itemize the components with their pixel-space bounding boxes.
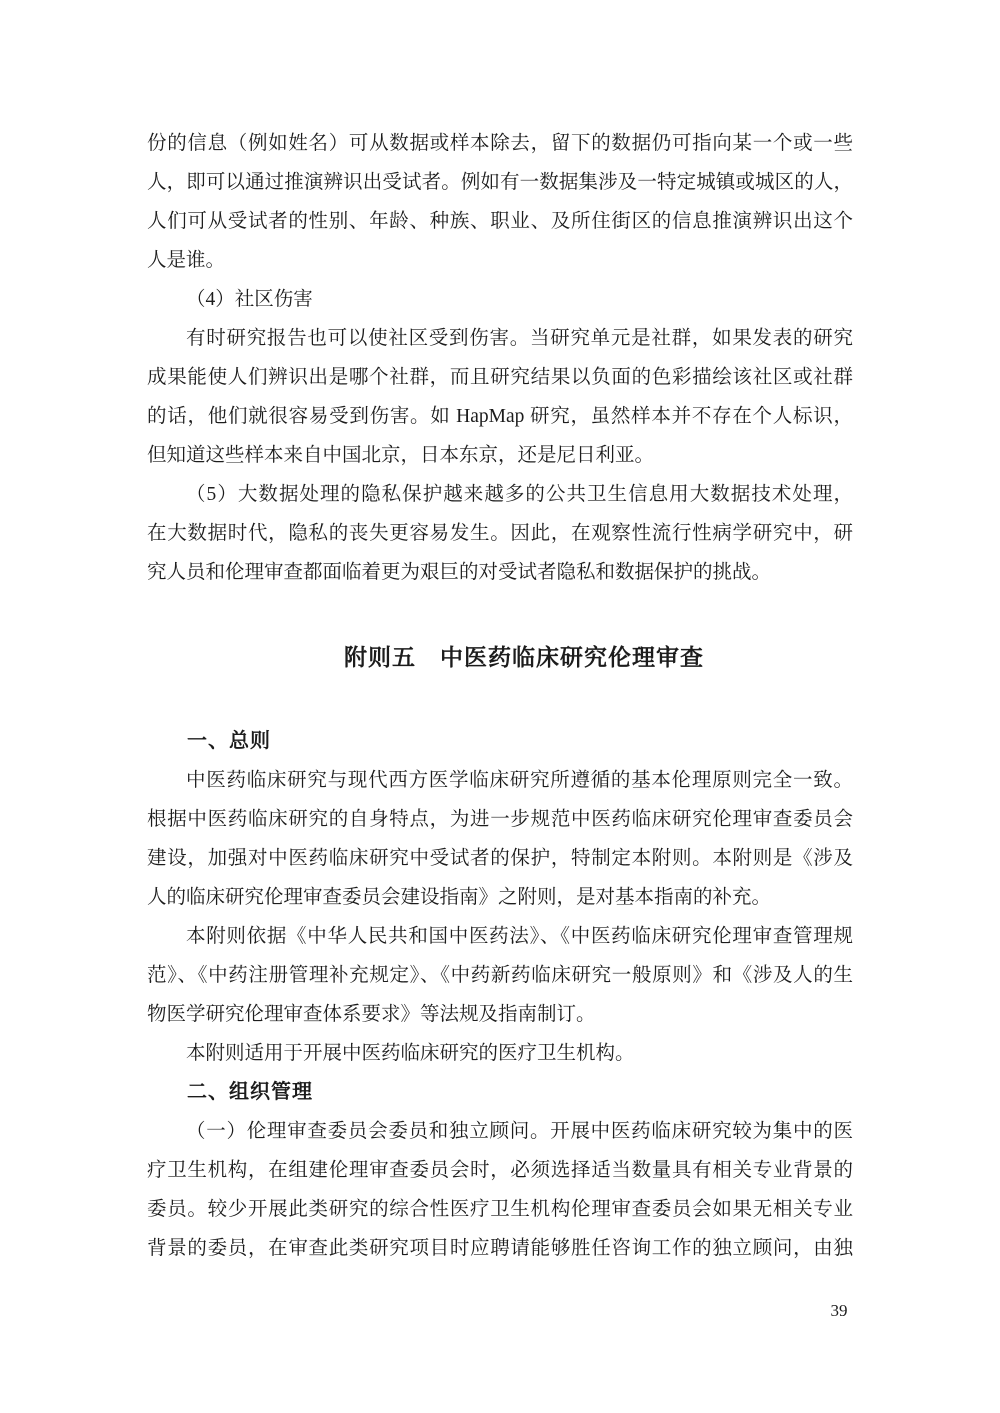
text-line: 究人员和伦理审查都面临着更为艰巨的对受试者隐私和数据保护的挑战。 xyxy=(147,553,853,592)
text-line: 但知道这些样本来自中国北京，日本东京，还是尼日利亚。 xyxy=(147,436,853,475)
page-number: 39 xyxy=(824,1299,854,1323)
text-line: （5）大数据处理的隐私保护越来越多的公共卫生信息用大数据技术处理， xyxy=(147,475,853,514)
chapter-heading: 附则五 中医药临床研究伦理审查 xyxy=(170,635,878,679)
text-line: 委员。较少开展此类研究的综合性医疗卫生机构伦理审查委员会如果无相关专业 xyxy=(147,1190,853,1229)
list-item-heading: （4）社区伤害 xyxy=(147,280,853,319)
text-line: 人的临床研究伦理审查委员会建设指南》之附则，是对基本指南的补充。 xyxy=(147,878,853,917)
text-line: 背景的委员，在审查此类研究项目时应聘请能够胜任咨询工作的独立顾问，由独 xyxy=(147,1229,853,1268)
text-line: 根据中医药临床研究的自身特点，为进一步规范中医药临床研究伦理审查委员会 xyxy=(147,800,853,839)
text-line: 物医学研究伦理审查体系要求》等法规及指南制订。 xyxy=(147,995,853,1034)
text-line: 中医药临床研究与现代西方医学临床研究所遵循的基本伦理原则完全一致。 xyxy=(147,761,853,800)
body-text-upper: 份的信息（例如姓名）可从数据或样本除去，留下的数据仍可指向某一个或一些 人，即可… xyxy=(147,124,853,592)
text-line: 人们可从受试者的性别、年龄、种族、职业、及所住街区的信息推演辨识出这个 xyxy=(147,202,853,241)
document-page: 份的信息（例如姓名）可从数据或样本除去，留下的数据仍可指向某一个或一些 人，即可… xyxy=(0,0,1000,1413)
text-line: 在大数据时代，隐私的丧失更容易发生。因此，在观察性流行性病学研究中，研 xyxy=(147,514,853,553)
text-line: （一）伦理审查委员会委员和独立顾问。开展中医药临床研究较为集中的医 xyxy=(147,1112,853,1151)
section-heading: 一、总则 xyxy=(147,722,853,761)
text-line: 疗卫生机构，在组建伦理审查委员会时，必须选择适当数量具有相关专业背景的 xyxy=(147,1151,853,1190)
text-line: 人，即可以通过推演辨识出受试者。例如有一数据集涉及一特定城镇或城区的人， xyxy=(147,163,853,202)
text-line: 份的信息（例如姓名）可从数据或样本除去，留下的数据仍可指向某一个或一些 xyxy=(147,124,853,163)
text-line: 建设，加强对中医药临床研究中受试者的保护，特制定本附则。本附则是《涉及 xyxy=(147,839,853,878)
text-line: 的话，他们就很容易受到伤害。如 HapMap 研究，虽然样本并不存在个人标识， xyxy=(147,397,853,436)
text-line: 有时研究报告也可以使社区受到伤害。当研究单元是社群，如果发表的研究 xyxy=(147,319,853,358)
text-line: 成果能使人们辨识出是哪个社群，而且研究结果以负面的色彩描绘该社区或社群 xyxy=(147,358,853,397)
section-heading: 二、组织管理 xyxy=(147,1073,853,1112)
text-line: 范》、《中药注册管理补充规定》、《中药新药临床研究一般原则》和《涉及人的生 xyxy=(147,956,853,995)
body-text-lower: 一、总则 中医药临床研究与现代西方医学临床研究所遵循的基本伦理原则完全一致。 根… xyxy=(147,722,853,1268)
text-line: 本附则依据《中华人民共和国中医药法》、《中医药临床研究伦理审查管理规 xyxy=(147,917,853,956)
text-line: 人是谁。 xyxy=(147,241,853,280)
text-line: 本附则适用于开展中医药临床研究的医疗卫生机构。 xyxy=(147,1034,853,1073)
